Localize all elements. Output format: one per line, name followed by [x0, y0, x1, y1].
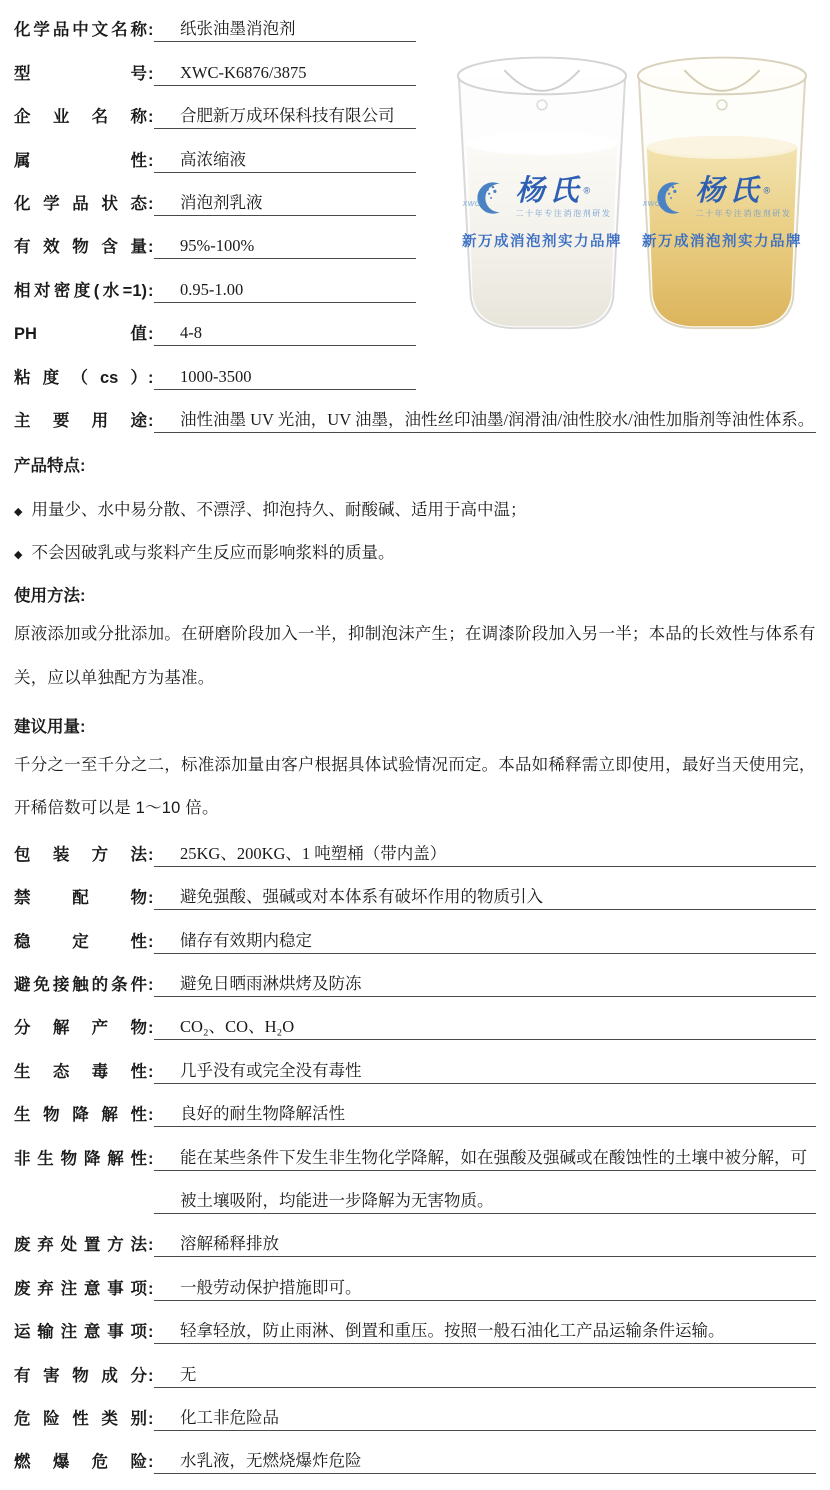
- field-colon: :: [148, 1323, 154, 1342]
- field-label: 属性:: [14, 147, 154, 173]
- field-label: 化学品状态:: [14, 190, 154, 216]
- field-colon: :: [148, 238, 154, 257]
- field-value: 储存有效期内稳定: [154, 927, 816, 954]
- field-value: 良好的耐生物降解活性: [154, 1100, 816, 1127]
- spec-field-row: 非生物降解性: 能在某些条件下发生非生物化学降解，如在强酸及强碱或在酸蚀性的土壤…: [14, 1134, 816, 1177]
- field-label: 燃爆危险:: [14, 1448, 154, 1474]
- field-colon: :: [148, 108, 154, 127]
- spec-field-row: 禁配物: 避免强酸、强碱或对本体系有破坏作用的物质引入: [14, 874, 816, 917]
- field-colon: :: [148, 1019, 154, 1038]
- field-colon: :: [148, 325, 154, 344]
- field-value: XWC-K6876/3875: [154, 63, 416, 86]
- field-label: 废弃处置方法:: [14, 1231, 154, 1257]
- spec-field-row: 型号: XWC-K6876/3875: [14, 49, 816, 92]
- field-label: 非生物降解性:: [14, 1145, 154, 1171]
- section-heading: 使用方法:: [14, 570, 816, 613]
- spec-field-row: 危险性类别: 化工非危险品: [14, 1395, 816, 1438]
- field-label: 有效物含量:: [14, 233, 154, 259]
- field-colon: :: [148, 1453, 154, 1472]
- field-value: 化工非危险品: [154, 1404, 816, 1431]
- spec-field-row: 生物降解性: 良好的耐生物降解活性: [14, 1091, 816, 1134]
- spec-field-row: 燃爆危险: 水乳液，无燃烧爆炸危险: [14, 1438, 816, 1481]
- spec-field-row: 化学品状态: 消泡剂乳液: [14, 180, 816, 223]
- field-label: [14, 1212, 154, 1214]
- field-label: 废弃注意事项:: [14, 1275, 154, 1301]
- field-label: 包装方法:: [14, 841, 154, 867]
- field-label: 禁配物:: [14, 884, 154, 910]
- field-value: 避免日晒雨淋烘烤及防冻: [154, 970, 816, 997]
- body-paragraph: 原液添加或分批添加。在研磨阶段加入一半，抑制泡沫产生；在调漆阶段加入另一半；本品…: [14, 613, 816, 700]
- spec-field-row: 废弃处置方法: 溶解稀释排放: [14, 1221, 816, 1264]
- field-value: 一般劳动保护措施即可。: [154, 1274, 816, 1301]
- field-colon: :: [148, 1367, 154, 1386]
- field-colon: :: [148, 369, 154, 388]
- field-label: 运输注意事项:: [14, 1318, 154, 1344]
- feature-bullet-item: ◆用量少、水中易分散、不漂浮、抑泡持久、耐酸碱、适用于高中温；: [14, 483, 816, 526]
- field-label: 企业名称:: [14, 103, 154, 129]
- field-colon: :: [148, 1106, 154, 1125]
- field-label: 危险性类别:: [14, 1405, 154, 1431]
- field-label: 相对密度(水=1):: [14, 277, 154, 303]
- spec-field-row: 有效物含量: 95%-100%: [14, 223, 816, 266]
- field-label: 分解产物:: [14, 1014, 154, 1040]
- field-value: 轻拿轻放，防止雨淋、倒置和重压。按照一般石油化工产品运输条件运输。: [154, 1317, 816, 1344]
- field-label: 生物降解性:: [14, 1101, 154, 1127]
- field-colon: :: [148, 1410, 154, 1429]
- spec-field-row: 生态毒性: 几乎没有或完全没有毒性: [14, 1047, 816, 1090]
- field-label: 粘度（cs）:: [14, 364, 154, 390]
- spec-field-row: 废弃注意事项: 一般劳动保护措施即可。: [14, 1264, 816, 1307]
- field-label: 生态毒性:: [14, 1058, 154, 1084]
- field-value: 几乎没有或完全没有毒性: [154, 1057, 816, 1084]
- spec-field-row: 粘度（cs）: 1000-3500: [14, 353, 816, 396]
- field-value: 95%-100%: [154, 236, 416, 259]
- feature-bullet-item: ◆不会因破乳或与浆料产生反应而影响浆料的质量。: [14, 527, 816, 570]
- spec-field-row: 避免接触的条件: 避免日晒雨淋烘烤及防冻: [14, 961, 816, 1004]
- spec-field-row: 被土壤吸附，均能进一步降解为无害物质。: [14, 1178, 816, 1221]
- spec-field-row: 包装方法: 25KG、200KG、1 吨塑桶（带内盖）: [14, 830, 816, 873]
- field-value: 无: [154, 1361, 816, 1388]
- field-label: 化学品中文名称:: [14, 16, 154, 42]
- field-label: 稳定性:: [14, 928, 154, 954]
- spec-fields-area: 化学品中文名称: 纸张油墨消泡剂 型号: XWC-K6876/3875 企业名称…: [0, 0, 830, 1481]
- field-colon: :: [148, 1150, 154, 1169]
- field-colon: :: [148, 412, 154, 431]
- field-value: 溶解稀释排放: [154, 1230, 816, 1257]
- field-value: CO₂、CO、H₂O: [154, 1013, 816, 1040]
- field-label: 型号:: [14, 60, 154, 86]
- body-paragraph: 千分之一至千分之二，标准添加量由客户根据具体试验情况而定。本品如稀释需立即使用，…: [14, 744, 816, 831]
- diamond-bullet-icon: ◆: [14, 548, 22, 561]
- field-value: 避免强酸、强碱或对本体系有破坏作用的物质引入: [154, 883, 816, 910]
- field-value: 油性油墨 UV 光油，UV 油墨，油性丝印油墨/润滑油/油性胶水/油性加脂剂等油…: [154, 406, 816, 433]
- field-colon: :: [148, 1236, 154, 1255]
- product-spec-sheet: 化学品中文名称: 纸张油墨消泡剂 型号: XWC-K6876/3875 企业名称…: [0, 0, 830, 1490]
- diamond-bullet-icon: ◆: [14, 505, 22, 518]
- field-value: 0.95-1.00: [154, 280, 416, 303]
- field-value: 消泡剂乳液: [154, 189, 416, 216]
- spec-field-row: 运输注意事项: 轻拿轻放，防止雨淋、倒置和重压。按照一般石油化工产品运输条件运输…: [14, 1308, 816, 1351]
- field-value: 高浓缩液: [154, 146, 416, 173]
- field-value: 被土壤吸附，均能进一步降解为无害物质。: [154, 1187, 816, 1214]
- field-colon: :: [148, 21, 154, 40]
- spec-field-row: 有害物成分: 无: [14, 1351, 816, 1394]
- field-value: 25KG、200KG、1 吨塑桶（带内盖）: [154, 840, 816, 867]
- field-label: 有害物成分:: [14, 1362, 154, 1388]
- field-colon: :: [148, 65, 154, 84]
- spec-field-row: 相对密度(水=1): 0.95-1.00: [14, 266, 816, 309]
- feature-text: 不会因破乳或与浆料产生反应而影响浆料的质量。: [31, 539, 394, 563]
- field-colon: :: [148, 846, 154, 865]
- field-value: 能在某些条件下发生非生物化学降解，如在强酸及强碱或在酸蚀性的土壤中被分解，可: [154, 1144, 816, 1171]
- field-label: 避免接触的条件:: [14, 971, 154, 997]
- section-heading: 产品特点:: [14, 440, 816, 483]
- field-value: 纸张油墨消泡剂: [154, 15, 416, 42]
- field-value: 1000-3500: [154, 367, 416, 390]
- spec-field-row: 主要用途: 油性油墨 UV 光油，UV 油墨，油性丝印油墨/润滑油/油性胶水/油…: [14, 397, 816, 440]
- field-colon: :: [148, 889, 154, 908]
- field-colon: :: [148, 1063, 154, 1082]
- spec-field-row: 稳定性: 储存有效期内稳定: [14, 917, 816, 960]
- section-heading: 建议用量:: [14, 700, 816, 743]
- spec-field-row: PH值: 4-8: [14, 310, 816, 353]
- field-colon: :: [148, 933, 154, 952]
- field-colon: :: [148, 976, 154, 995]
- field-colon: :: [148, 152, 154, 171]
- spec-field-row: 分解产物: CO₂、CO、H₂O: [14, 1004, 816, 1047]
- spec-field-row: 属性: 高浓缩液: [14, 136, 816, 179]
- field-value: 合肥新万成环保科技有限公司: [154, 102, 416, 129]
- field-colon: :: [148, 1280, 154, 1299]
- field-value: 水乳液，无燃烧爆炸危险: [154, 1447, 816, 1474]
- field-label: 主要用途:: [14, 407, 154, 433]
- spec-field-row: 企业名称: 合肥新万成环保科技有限公司: [14, 93, 816, 136]
- field-colon: :: [148, 195, 154, 214]
- spec-field-row: 化学品中文名称: 纸张油墨消泡剂: [14, 6, 816, 49]
- field-label: PH值:: [14, 320, 154, 346]
- field-colon: :: [148, 282, 154, 301]
- feature-text: 用量少、水中易分散、不漂浮、抑泡持久、耐酸碱、适用于高中温；: [31, 496, 526, 520]
- field-value: 4-8: [154, 323, 416, 346]
